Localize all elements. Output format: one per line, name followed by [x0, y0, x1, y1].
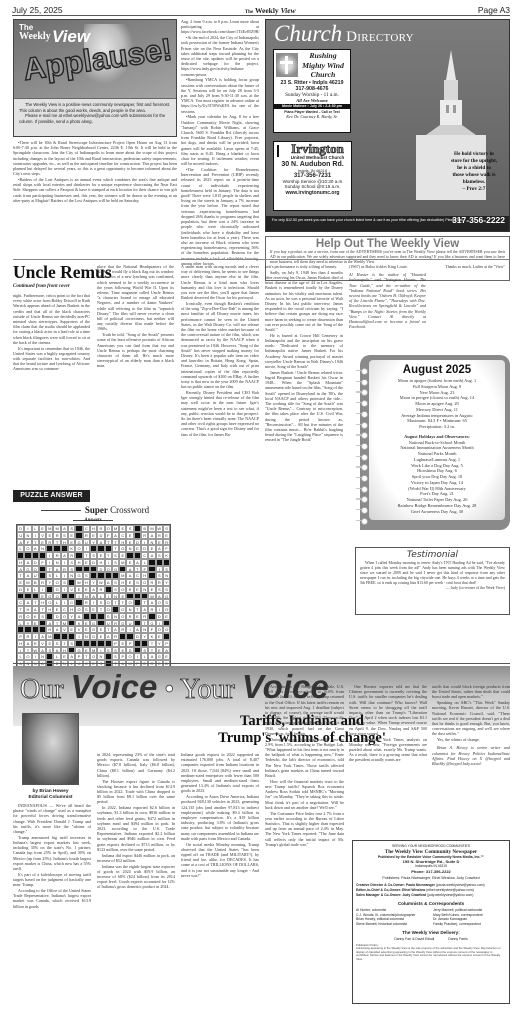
- crossword-block: [68, 579, 75, 586]
- crossword-cell: E: [119, 552, 126, 559]
- editorial-column-2: in 2024, representing 23% of the state's…: [97, 752, 175, 890]
- crossword-cell: T: [17, 572, 24, 579]
- crossword-cell: S: [105, 647, 112, 654]
- crossword-cell: I: [46, 559, 53, 566]
- crossword-cell: E: [163, 613, 170, 620]
- spiral-ring-icon: [356, 464, 366, 469]
- crossword-block: [134, 599, 141, 606]
- editorial-column-3: Indiana goods exports in 2022 supported …: [181, 752, 259, 879]
- crossword-cell: L: [141, 559, 148, 566]
- crossword-cell: R: [148, 579, 155, 586]
- crossword-cell: E: [83, 647, 90, 654]
- crossword-cell: N: [24, 532, 31, 539]
- applause-intro-box: The Weekly View is a positive-news commu…: [14, 98, 177, 137]
- crossword-cell: T: [83, 653, 90, 660]
- staff-masthead-box: SERVING YOUR NEIGHBORHOOD COMMUNITIES Th…: [352, 840, 510, 1004]
- crossword-cell: H: [68, 606, 75, 613]
- crossword-cell: A: [61, 552, 68, 559]
- crossword-cell: A: [68, 653, 75, 660]
- crossword-cell: W: [75, 579, 82, 586]
- crossword-cell: H: [39, 599, 46, 606]
- crossword-cell: R: [156, 579, 163, 586]
- crossword-cell: M: [119, 559, 126, 566]
- crossword-cell: O: [53, 593, 60, 600]
- crossword-cell: S: [112, 653, 119, 660]
- crossword-cell: S: [156, 586, 163, 593]
- crossword-cell: N: [53, 559, 60, 566]
- issue-date: July 25, 2025: [12, 5, 63, 15]
- crossword-block: [39, 566, 46, 573]
- spiral-ring-icon: [356, 475, 366, 480]
- crossword-block: [134, 525, 141, 532]
- crossword-cell: O: [53, 579, 60, 586]
- crossword-cell: L: [17, 545, 24, 552]
- crossword-cell: Y: [163, 579, 170, 586]
- crossword-block: [148, 566, 155, 573]
- crossword-cell: G: [90, 620, 97, 627]
- crossword-cell: A: [134, 626, 141, 633]
- crossword-cell: T: [141, 620, 148, 627]
- spiral-ring-icon: [356, 389, 366, 394]
- crossword-block: [134, 532, 141, 539]
- crossword-cell: I: [24, 525, 31, 532]
- crossword-cell: S: [90, 552, 97, 559]
- crossword-cell: S: [134, 579, 141, 586]
- crossword-cell: C: [17, 599, 24, 606]
- crossword-cell: S: [53, 640, 60, 647]
- crossword-cell: I: [83, 545, 90, 552]
- crossword-cell: O: [46, 599, 53, 606]
- crossword-cell: I: [46, 552, 53, 559]
- crossword-cell: S: [61, 532, 68, 539]
- crossword-block: [75, 566, 82, 573]
- crossword-cell: E: [39, 593, 46, 600]
- crossword-cell: A: [90, 586, 97, 593]
- crossword-block: [17, 593, 24, 600]
- crossword-cell: R: [163, 539, 170, 546]
- crossword-cell: T: [83, 552, 90, 559]
- crossword-cell: I: [75, 633, 82, 640]
- crossword-cell: T: [61, 640, 68, 647]
- crossword-cell: W: [32, 647, 39, 654]
- crossword-cell: H: [24, 606, 31, 613]
- crossword-cell: E: [46, 640, 53, 647]
- crossword-cell: R: [112, 620, 119, 627]
- crossword-cell: O: [163, 606, 170, 613]
- crossword-cell: T: [112, 539, 119, 546]
- crossword-answer-grid: DILEMMASCHROMESBMWSUNIVERSEREDFACERAREAF…: [16, 524, 171, 668]
- crossword-cell: G: [75, 647, 82, 654]
- spiral-ring-icon: [356, 368, 366, 373]
- crossword-cell: D: [134, 633, 141, 640]
- crossword-cell: Y: [90, 539, 97, 546]
- crossword-cell: E: [75, 586, 82, 593]
- crossword-cell: F: [24, 539, 31, 546]
- church-directory-ad: Church Directory Rushing Mighty Wind Chu…: [265, 19, 510, 232]
- crossword-cell: I: [61, 599, 68, 606]
- crossword-block: [75, 532, 82, 539]
- page-number: Page A3: [478, 5, 510, 15]
- crossword-cell: D: [17, 525, 24, 532]
- crossword-block: [97, 572, 104, 579]
- help-out-title: Help Out The Weekly View: [270, 238, 505, 250]
- crossword-cell: S: [163, 566, 170, 573]
- crossword-cell: E: [83, 620, 90, 627]
- crossword-cell: E: [97, 626, 104, 633]
- puzzle-answer-header: PUZZLE ANSWER: [13, 490, 90, 502]
- crossword-block: [90, 572, 97, 579]
- crossword-cell: R: [32, 640, 39, 647]
- crossword-cell: T: [105, 626, 112, 633]
- crossword-cell: A: [75, 613, 82, 620]
- crossword-block: [156, 559, 163, 566]
- crossword-cell: C: [134, 572, 141, 579]
- crossword-cell: I: [32, 653, 39, 660]
- crossword-cell: L: [32, 525, 39, 532]
- crossword-cell: R: [141, 613, 148, 620]
- editorial-column-5: One Hoosier exporter told me that the Ch…: [349, 684, 427, 763]
- crossword-cell: E: [97, 633, 104, 640]
- crossword-cell: D: [90, 559, 97, 566]
- crossword-cell: M: [61, 620, 68, 627]
- crossword-cell: E: [126, 579, 133, 586]
- crossword-cell: O: [105, 566, 112, 573]
- crossword-block: [17, 626, 24, 633]
- crossword-cell: Y: [90, 579, 97, 586]
- crossword-cell: R: [119, 626, 126, 633]
- columnist-photo: [22, 713, 79, 785]
- crossword-cell: S: [112, 579, 119, 586]
- crossword-cell: E: [119, 593, 126, 600]
- crossword-cell: A: [53, 647, 60, 654]
- crossword-block: [17, 552, 24, 559]
- delivery-list: Danny Farr & David Edsall Danny Farris: [356, 937, 506, 941]
- crossword-cell: P: [119, 653, 126, 660]
- crossword-cell: S: [163, 586, 170, 593]
- crossword-cell: A: [126, 566, 133, 573]
- crossword-cell: L: [141, 653, 148, 660]
- crossword-cell: S: [68, 525, 75, 532]
- crossword-cell: E: [68, 532, 75, 539]
- publication-policy: Publication Policy: Advertising appearin…: [356, 944, 506, 962]
- crossword-block: [75, 552, 82, 559]
- masthead: The Weekly View: [245, 6, 296, 15]
- crossword-cell: O: [75, 545, 82, 552]
- crossword-cell: F: [39, 559, 46, 566]
- crossword-cell: U: [83, 539, 90, 546]
- crossword-cell: S: [112, 552, 119, 559]
- crossword-block: [39, 572, 46, 579]
- august-calendar: August 2025 Moon in apogee (furthest fro…: [369, 360, 505, 520]
- crossword-block: [141, 593, 148, 600]
- crossword-cell: O: [119, 606, 126, 613]
- crossword-cell: T: [134, 566, 141, 573]
- crossword-cell: O: [126, 653, 133, 660]
- section-divider: [13, 259, 510, 260]
- crossword-cell: P: [163, 640, 170, 647]
- crossword-cell: H: [61, 539, 68, 546]
- crossword-cell: D: [119, 620, 126, 627]
- crossword-cell: H: [46, 626, 53, 633]
- crossword-cell: E: [61, 653, 68, 660]
- crossword-cell: D: [126, 647, 133, 654]
- crossword-cell: E: [119, 525, 126, 532]
- spiral-ring-icon: [356, 518, 366, 523]
- crossword-block: [68, 593, 75, 600]
- crossword-cell: O: [24, 653, 31, 660]
- crossword-cell: A: [39, 633, 46, 640]
- crossword-block: [46, 586, 53, 593]
- crossword-cell: O: [141, 579, 148, 586]
- crossword-cell: I: [75, 593, 82, 600]
- editorial-column-4: According to The Budget Lab at Yale, U.S…: [265, 658, 344, 848]
- crossword-cell: A: [17, 539, 24, 546]
- crossword-block: [83, 566, 90, 573]
- crossword-cell: V: [68, 586, 75, 593]
- crossword-cell: E: [134, 613, 141, 620]
- crossword-cell: R: [148, 606, 155, 613]
- crossword-cell: R: [24, 633, 31, 640]
- crossword-block: [68, 647, 75, 654]
- crossword-cell: K: [148, 633, 155, 640]
- applause-banner: The Weekly View Applause! The Weekly Vie…: [13, 19, 177, 137]
- editorial-column-6: tariffs that would block foreign product…: [432, 684, 510, 767]
- crossword-cell: O: [24, 613, 31, 620]
- spiral-ring-icon: [356, 411, 366, 416]
- crossword-cell: E: [156, 539, 163, 546]
- crossword-cell: I: [141, 539, 148, 546]
- crossword-block: [105, 640, 112, 647]
- crossword-cell: H: [61, 647, 68, 654]
- crossword-cell: F: [105, 532, 112, 539]
- crossword-block: [24, 593, 31, 600]
- crossword-block: [39, 620, 46, 627]
- crossword-cell: E: [39, 539, 46, 546]
- crossword-cell: A: [105, 579, 112, 586]
- crossword-block: [90, 640, 97, 647]
- crossword-cell: G: [90, 626, 97, 633]
- crossword-cell: A: [156, 593, 163, 600]
- crossword-block: [61, 593, 68, 600]
- crossword-cell: L: [53, 653, 60, 660]
- crossword-block: [126, 552, 133, 559]
- article-continuation: Continued from front cover: [13, 284, 70, 289]
- crossword-block: [46, 613, 53, 620]
- crossword-block: [97, 545, 104, 552]
- crossword-cell: Y: [141, 633, 148, 640]
- crossword-cell: M: [112, 525, 119, 532]
- crossword-cell: S: [83, 572, 90, 579]
- page-header: July 25, 2025 The Weekly View Page A3: [12, 2, 510, 16]
- irvington-website: www.irvingtonumc.org: [274, 190, 351, 196]
- crossword-cell: T: [17, 606, 24, 613]
- crossword-cell: G: [156, 653, 163, 660]
- spiral-ring-icon: [356, 443, 366, 448]
- crossword-cell: S: [112, 559, 119, 566]
- contact-phone: Phone: 317-356-2222: [356, 869, 506, 874]
- crossword-cell: L: [53, 572, 60, 579]
- crossword-cell: H: [83, 579, 90, 586]
- spiral-ring-icon: [356, 507, 366, 512]
- crossword-cell: A: [46, 620, 53, 627]
- crossword-cell: R: [53, 532, 60, 539]
- crossword-cell: S: [68, 559, 75, 566]
- crossword-block: [148, 572, 155, 579]
- crossword-cell: H: [141, 572, 148, 579]
- crossword-cell: I: [156, 606, 163, 613]
- crossword-cell: E: [156, 633, 163, 640]
- crossword-cell: O: [105, 599, 112, 606]
- crossword-cell: A: [32, 545, 39, 552]
- crossword-block: [97, 640, 104, 647]
- crossword-cell: I: [134, 653, 141, 660]
- crossword-block: [39, 552, 46, 559]
- crossword-cell: S: [163, 525, 170, 532]
- crossword-cell: M: [148, 525, 155, 532]
- crossword-cell: O: [156, 626, 163, 633]
- crossword-cell: B: [141, 525, 148, 532]
- crossword-cell: S: [112, 586, 119, 593]
- crossword-cell: E: [148, 545, 155, 552]
- crossword-cell: E: [90, 532, 97, 539]
- crossword-cell: D: [141, 545, 148, 552]
- crossword-cell: G: [90, 633, 97, 640]
- crossword-cell: Y: [46, 579, 53, 586]
- crossword-cell: F: [163, 545, 170, 552]
- crossword-cell: N: [148, 539, 155, 546]
- crossword-block: [32, 552, 39, 559]
- crossword-cell: L: [97, 593, 104, 600]
- crossword-cell: K: [75, 620, 82, 627]
- crossword-cell: S: [156, 572, 163, 579]
- crossword-cell: T: [134, 606, 141, 613]
- crossword-cell: A: [105, 633, 112, 640]
- crossword-cell: L: [17, 653, 24, 660]
- crossword-cell: T: [32, 539, 39, 546]
- crossword-block: [105, 545, 112, 552]
- crossword-cell: E: [17, 579, 24, 586]
- crossword-cell: R: [97, 586, 104, 593]
- crossword-cell: O: [32, 566, 39, 573]
- crossword-cell: S: [105, 613, 112, 620]
- crossword-cell: N: [83, 633, 90, 640]
- crossword-cell: I: [32, 532, 39, 539]
- crossword-cell: E: [83, 586, 90, 593]
- crossword-block: [134, 593, 141, 600]
- crossword-cell: Y: [24, 620, 31, 627]
- crossword-cell: D: [32, 559, 39, 566]
- crossword-block: [134, 552, 141, 559]
- crossword-cell: T: [148, 640, 155, 647]
- crossword-cell: M: [24, 579, 31, 586]
- crossword-block: [112, 606, 119, 613]
- crossword-cell: E: [24, 586, 31, 593]
- crossword-cell: S: [68, 566, 75, 573]
- crossword-block: [75, 640, 82, 647]
- crossword-cell: E: [163, 532, 170, 539]
- crossword-block: [163, 559, 170, 566]
- crossword-cell: O: [90, 653, 97, 660]
- crossword-cell: T: [105, 539, 112, 546]
- crossword-cell: R: [156, 532, 163, 539]
- crossword-block: [90, 613, 97, 620]
- crossword-cell: N: [126, 545, 133, 552]
- crossword-block: [163, 633, 170, 640]
- crossword-cell: S: [126, 525, 133, 532]
- crossword-block: [83, 640, 90, 647]
- crossword-cell: H: [97, 559, 104, 566]
- crossword-cell: I: [90, 599, 97, 606]
- crossword-cell: T: [141, 599, 148, 606]
- crossword-cell: S: [163, 599, 170, 606]
- spiral-ring-icon: [356, 432, 366, 437]
- crossword-cell: S: [68, 640, 75, 647]
- crossword-cell: O: [24, 545, 31, 552]
- crossword-block: [90, 566, 97, 573]
- crossword-cell: A: [53, 566, 60, 573]
- crossword-cell: A: [61, 525, 68, 532]
- columnist-bio: Brian A. Howey is senior writer and colu…: [432, 745, 510, 766]
- crossword-cell: S: [46, 647, 53, 654]
- crossword-cell: H: [119, 579, 126, 586]
- crossword-cell: A: [90, 593, 97, 600]
- crossword-cell: I: [32, 633, 39, 640]
- crossword-cell: G: [112, 566, 119, 573]
- crossword-cell: R: [39, 579, 46, 586]
- crossword-cell: G: [75, 539, 82, 546]
- crossword-cell: S: [112, 647, 119, 654]
- crossword-block: [105, 653, 112, 660]
- crossword-block: [24, 626, 31, 633]
- crossword-block: [134, 640, 141, 647]
- crossword-cell: A: [134, 559, 141, 566]
- crossword-cell: T: [112, 545, 119, 552]
- church-directory-title: Church Directory: [274, 21, 414, 47]
- crossword-cell: I: [156, 620, 163, 627]
- crossword-cell: D: [134, 539, 141, 546]
- crossword-cell: T: [53, 539, 60, 546]
- crossword-cell: N: [112, 593, 119, 600]
- crossword-cell: H: [75, 559, 82, 566]
- crossword-cell: T: [53, 620, 60, 627]
- crossword-cell: A: [24, 572, 31, 579]
- crossword-cell: A: [148, 653, 155, 660]
- crossword-cell: A: [163, 647, 170, 654]
- crossword-cell: I: [61, 572, 68, 579]
- crossword-cell: I: [105, 559, 112, 566]
- spiral-ring-icon: [356, 422, 366, 427]
- crossword-cell: T: [148, 647, 155, 654]
- calendar-astronomy-list: Moon in apogee (furthest from earth) Aug…: [369, 378, 505, 430]
- crossword-cell: O: [61, 613, 68, 620]
- crossword-cell: U: [17, 532, 24, 539]
- crossword-block: [61, 633, 68, 640]
- crossword-cell: E: [163, 653, 170, 660]
- crossword-cell: P: [75, 653, 82, 660]
- crossword-cell: K: [32, 613, 39, 620]
- crossword-cell: E: [97, 552, 104, 559]
- crossword-cell: E: [126, 539, 133, 546]
- crossword-block: [134, 620, 141, 627]
- bible-verse: He hold victory in store for the upright…: [438, 151, 510, 194]
- crossword-block: [148, 613, 155, 620]
- crossword-cell: S: [156, 552, 163, 559]
- crossword-cell: N: [39, 653, 46, 660]
- calendar-line: Grief Awareness Day Aug. 30: [369, 509, 505, 515]
- crossword-cell: Y: [156, 640, 163, 647]
- crossword-cell: S: [141, 647, 148, 654]
- crossword-cell: N: [83, 593, 90, 600]
